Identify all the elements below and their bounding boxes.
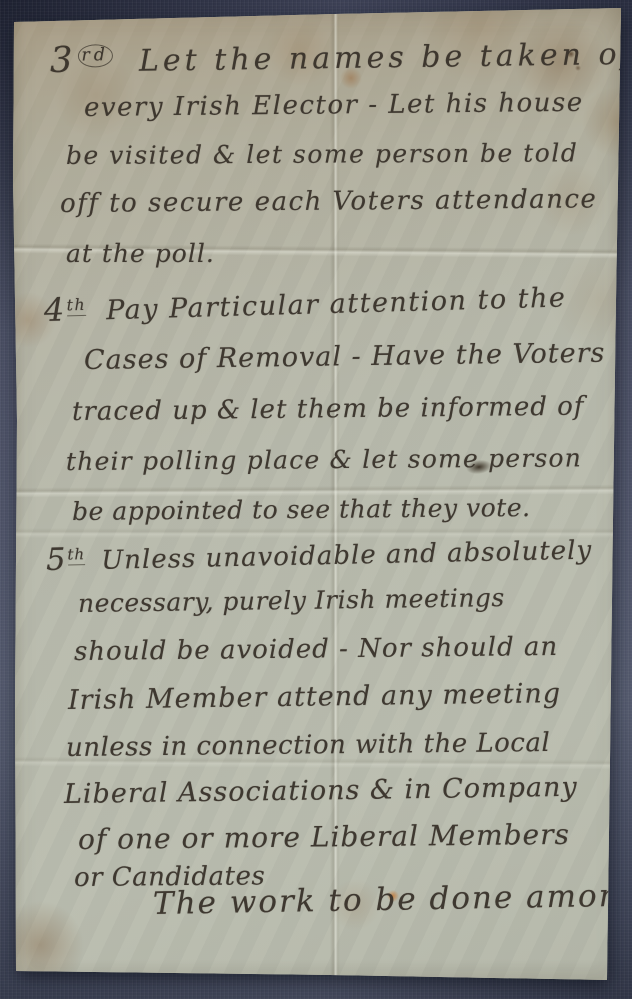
manuscript-line: their polling place & let some person [66,443,582,476]
manuscript-line: necessary, purely Irish meetings [78,583,505,618]
line-text: Cases of Removal - Have the Voters [84,338,606,376]
ordinal-number: 4 [43,290,66,329]
manuscript-line: at the poll. [66,239,215,268]
line-text: Pay Particular attention to the [106,282,567,326]
line-text: unless in connection with the Local [66,728,551,763]
manuscript-line: unless in connection with the Local [66,728,551,763]
line-text: of one or more Liberal Members [78,818,570,856]
line-text: every Irish Elector - Let his house [84,88,584,123]
ordinal-number: 5 [46,543,67,578]
manuscript-line: of one or more Liberal Members [78,818,570,856]
line-text: The work to be done among [153,877,632,922]
line-text: be appointed to see that they vote. [72,493,531,526]
manuscript-page: 3rdLet the names be taken of every Irish… [0,0,632,999]
ordinal-suffix: th [67,546,85,566]
line-text: be visited & let some person be told [66,138,578,170]
line-text: Irish Member attend any meeting [68,678,561,716]
manuscript-line: should be avoided - Nor should an [74,632,559,667]
manuscript-line: Cases of Removal - Have the Voters [84,338,606,376]
line-text: should be avoided - Nor should an [74,632,559,667]
manuscript-line: 3rdLet the names be taken of [50,32,632,81]
ordinal-5th: 5th [46,542,86,578]
manuscript-line: 4thPay Particular attention to the [43,276,566,329]
line-text: at the poll. [66,239,215,268]
line-text: off to secure each Voters attendance [60,184,598,219]
line-text: traced up & let them be informed of [72,392,585,427]
manuscript-line: be visited & let some person be told [66,138,578,170]
line-text: Let the names be taken of [139,37,632,79]
line-text: Liberal Associations & in Company [64,772,578,810]
ordinal-3rd: 3rd [50,39,114,81]
line-text: necessary, purely Irish meetings [78,583,505,618]
line-text: Unless unavoidable and absolutely [101,536,592,576]
photo-scene: 3rdLet the names be taken of every Irish… [0,0,632,999]
manuscript-line: Liberal Associations & in Company [64,772,578,810]
manuscript-line: traced up & let them be informed of [72,392,585,427]
ordinal-suffix: rd [77,44,113,67]
line-text: their polling place & let some person [66,443,582,476]
manuscript-line: The work to be done among [153,877,632,922]
ordinal-number: 3 [50,40,77,81]
ordinal-4th: 4th [43,290,86,329]
ordinal-suffix: th [66,295,86,317]
manuscript-line: 5thUnless unavoidable and absolutely [46,532,593,578]
manuscript-line: be appointed to see that they vote. [72,493,531,526]
paper-shadow-wrap: 3rdLet the names be taken of every Irish… [0,0,632,999]
manuscript-line: Irish Member attend any meeting [68,678,561,716]
manuscript-line: every Irish Elector - Let his house [84,88,584,123]
manuscript-line: off to secure each Voters attendance [60,184,598,219]
